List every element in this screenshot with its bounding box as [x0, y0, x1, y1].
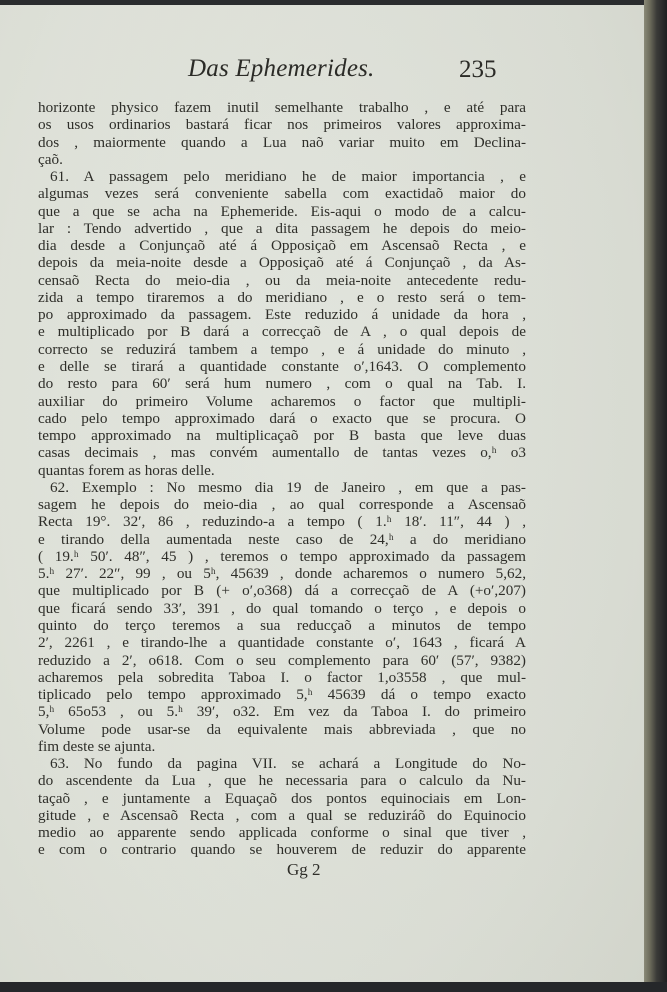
text-line: acharemos pela sobredita Taboa I. o fact…: [38, 669, 526, 686]
text-line: auxiliar do primeiro Volume acharemos o …: [38, 393, 526, 410]
text-line: casas decimais , mas convém aumentallo d…: [38, 444, 526, 461]
text-line: que multiplicado por B (+ o′,o368) dá a …: [38, 582, 526, 599]
text-line: quantas forem as horas delle.: [38, 462, 526, 479]
text-line: 61. A passagem pelo meridiano he de maio…: [38, 168, 526, 185]
text-line: lar : Tendo advertido , que a dita passa…: [38, 220, 526, 237]
text-line: 62. Exemplo : No mesmo dia 19 de Janeiro…: [38, 479, 526, 496]
page-header: Das Ephemerides. 235: [36, 55, 524, 91]
text-line: ( 19.ʰ 50′. 48″, 45 ) , teremos o tempo …: [38, 548, 526, 565]
body-text: horizonte physico fazem inutil semelhant…: [38, 99, 526, 859]
text-line: Recta 19°. 32′, 86 , reduzindo-a a tempo…: [38, 513, 526, 530]
page-number: 235: [459, 56, 497, 84]
text-line: çaõ.: [38, 151, 526, 168]
text-line: do resto para 60′ será hum numero , com …: [38, 375, 526, 392]
text-line: que ficará sendo 33′, 391 , do qual toma…: [38, 600, 526, 617]
text-line: que a que se acha na Ephemeride. Eis-aqu…: [38, 203, 526, 220]
text-line: fim deste se ajunta.: [38, 738, 526, 755]
text-line: gitude , e Ascensaõ Recta , com a qual s…: [38, 807, 526, 824]
text-line: taçaõ , e juntamente a Equaçaõ dos ponto…: [38, 790, 526, 807]
text-line: depois da meia-noite desde a Opposiçaõ a…: [38, 254, 526, 271]
text-line: do ascendente da Lua , que he necessaria…: [38, 772, 526, 789]
text-line: 2′, 2261 , e tirando-lhe a quantidade co…: [38, 634, 526, 651]
text-line: correcto se reduzirá tambem a tempo , e …: [38, 341, 526, 358]
text-line: cado pelo tempo approximado dará o exact…: [38, 410, 526, 427]
text-line: dia desde a Conjunçaõ até á Opposiçaõ em…: [38, 237, 526, 254]
text-line: tempo approximado na multiplicaçaõ por B…: [38, 427, 526, 444]
book-page: Das Ephemerides. 235 horizonte physico f…: [0, 5, 644, 982]
text-line: e multiplicado por B dará a correcçaõ de…: [38, 323, 526, 340]
book-binding-edge: [644, 0, 667, 992]
text-line: zida a tempo tiraremos a do meridiano , …: [38, 289, 526, 306]
text-line: e tirando della aumentada neste caso de …: [38, 531, 526, 548]
text-line: sagem he depois do meio-dia , ao qual co…: [38, 496, 526, 513]
text-line: censaõ Recta do meio-dia , ou da meia-no…: [38, 272, 526, 289]
text-line: Volume pode usar-se da equivalente mais …: [38, 721, 526, 738]
text-line: reduzido a 2′, o618. Com o seu complemen…: [38, 652, 526, 669]
text-line: algumas vezes será conveniente sabella c…: [38, 185, 526, 202]
text-line: po approximado da passagem. Este reduzid…: [38, 306, 526, 323]
scan-bottom-edge: [0, 982, 667, 992]
text-line: medio ao apparente sendo applicada confo…: [38, 824, 526, 841]
text-line: e delle se tirará a quantidade constante…: [38, 358, 526, 375]
text-line: 5,ʰ 65o53 , ou 5.ʰ 39′, o32. Em vez da T…: [38, 703, 526, 720]
running-title: Das Ephemerides.: [188, 55, 375, 83]
text-line: horizonte physico fazem inutil semelhant…: [38, 99, 526, 116]
text-line: dos , maiormente quando a Lua naõ variar…: [38, 134, 526, 151]
text-line: 5.ʰ 27′. 22″, 99 , ou 5ʰ, 45639 , donde …: [38, 565, 526, 582]
signature-mark: Gg 2: [287, 860, 321, 880]
text-line: e com o contrario quando se houverem de …: [38, 841, 526, 858]
text-line: 63. No fundo da pagina VII. se achará a …: [38, 755, 526, 772]
text-line: quinto do terço teremos a sua reducçaõ a…: [38, 617, 526, 634]
text-line: tiplicado pelo tempo approximado 5,ʰ 456…: [38, 686, 526, 703]
text-line: os usos ordinarios bastará ficar nos pri…: [38, 116, 526, 133]
